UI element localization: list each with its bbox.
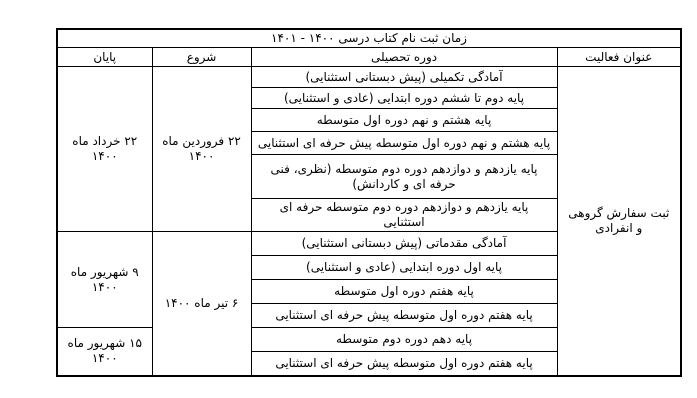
end-date-group1: ۲۲ خرداد ماه ۱۴۰۰ [57,67,152,232]
period-cell: پایه هفتم دوره اول متوسطه [251,280,557,304]
period-cell: پایه دوم تا ششم دوره ابتدایی (عادی و است… [251,88,557,109]
end-date-group2b: ۱۵ شهریور ماه ۱۴۰۰ [57,328,152,376]
period-cell: پایه اول دوره ابتدایی (عادی و استثنایی) [251,256,557,280]
period-cell: پایه یازدهم و دوازدهم دوره دوم متوسطه (ن… [251,155,557,199]
period-cell: پایه هفتم دوره اول متوسطه پیش حرفه ای اس… [251,304,557,328]
table-title: زمان ثبت نام کتاب درسی ۱۴۰۰ - ۱۴۰۱ [57,29,681,48]
column-header-end: پایان [57,48,152,67]
period-cell: پایه یازدهم و دوازدهم دوره دوم متوسطه حر… [251,199,557,232]
period-cell: پایه هفتم دوره اول متوسطه پیش حرفه ای اس… [251,352,557,376]
period-cell: پایه هشتم و نهم دوره اول متوسطه [251,109,557,132]
period-cell: آمادگی مقدماتی (پیش دبستانی استثنایی) [251,232,557,256]
start-date-group2: ۶ تیر ماه ۱۴۰۰ [152,232,251,376]
column-header-start: شروع [152,48,251,67]
start-date-group1: ۲۲ فروردین ماه ۱۴۰۰ [152,67,251,232]
period-cell: پایه دهم دوره دوم متوسطه [251,328,557,352]
period-cell: آمادگی تکمیلی (پیش دبستانی استثنایی) [251,67,557,88]
end-date-group2a: ۹ شهریور ماه ۱۴۰۰ [57,232,152,328]
column-header-activity: عنوان فعالیت [557,48,681,67]
registration-schedule-table: زمان ثبت نام کتاب درسی ۱۴۰۰ - ۱۴۰۱ عنوان… [56,28,682,377]
column-header-period: دوره تحصیلی [251,48,557,67]
activity-cell: ثبت سفارش گروهی و انفرادی [557,67,681,376]
period-cell: پایه هشتم و نهم دوره اول متوسطه پیش حرفه… [251,132,557,155]
document-page: زمان ثبت نام کتاب درسی ۱۴۰۰ - ۱۴۰۱ عنوان… [0,0,697,398]
